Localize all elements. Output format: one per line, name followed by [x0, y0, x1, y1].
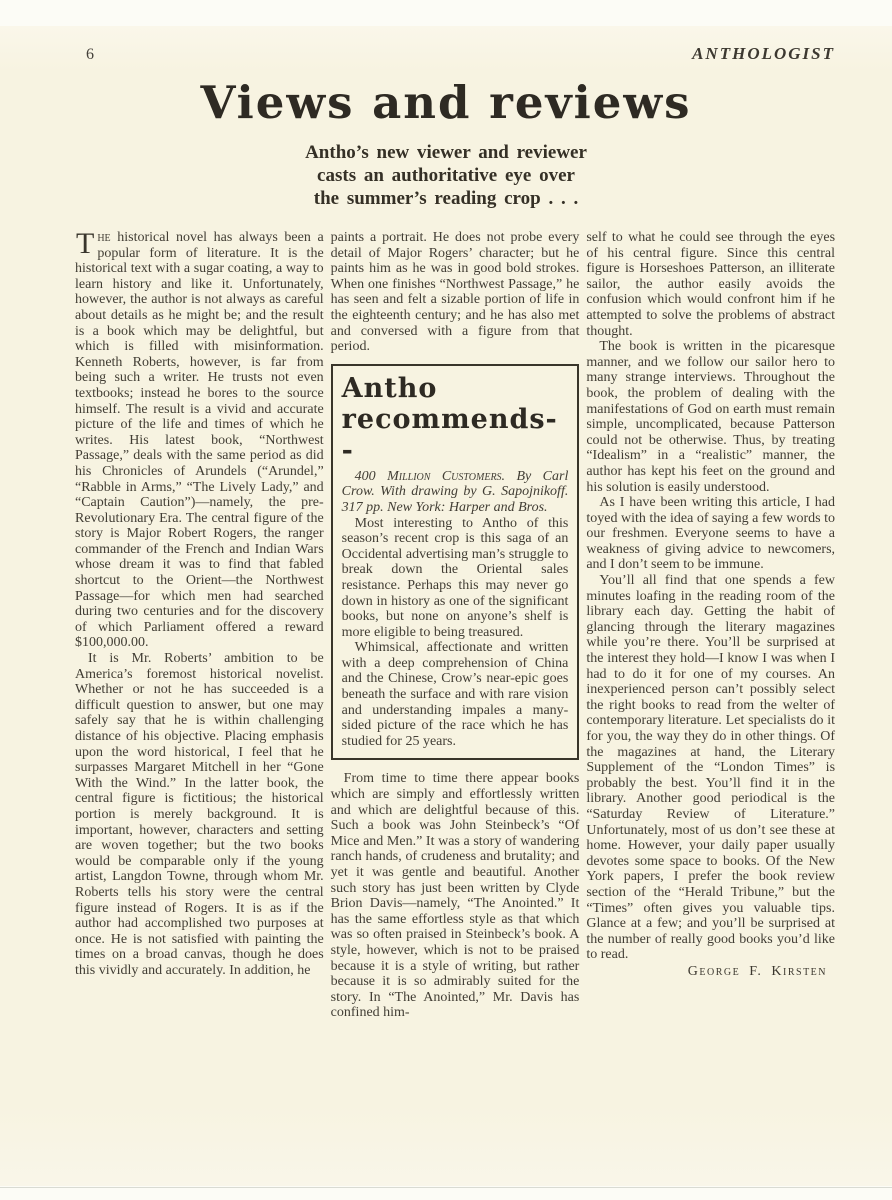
- paragraph: It is Mr. Roberts’ ambition to be Americ…: [75, 651, 324, 978]
- antho-recommends-box: Anthorecommends-- 400 Million Customers.…: [331, 364, 580, 761]
- page-number: 6: [86, 46, 94, 64]
- book-citation: 400 Million Customers. By Carl Crow. Wit…: [342, 469, 569, 516]
- article-title: Views and reviews: [0, 78, 892, 128]
- magazine-page-scan: 6 ANTHOLOGIST Views and reviews Antho’s …: [0, 0, 892, 1200]
- box-heading: Anthorecommends--: [342, 373, 569, 466]
- paragraph: Whimsical, affectionate and written with…: [342, 640, 569, 749]
- paragraph: You’ll all find that one spends a few mi…: [586, 573, 835, 963]
- column-3: self to what he could see through the ey…: [586, 230, 835, 1021]
- book-citation-title: 400 Million Customers.: [355, 469, 505, 484]
- paragraph: The historical novel has always been a p…: [75, 230, 324, 651]
- paragraph: Most interesting to Antho of this season…: [342, 516, 569, 641]
- masthead-title: ANTHOLOGIST: [692, 44, 835, 64]
- subtitle-line: casts an authoritative eye over: [0, 164, 892, 187]
- scan-edge-line: [0, 1187, 892, 1188]
- paragraph: paints a portrait. He does not probe eve…: [331, 230, 580, 355]
- paragraph: As I have been writing this article, I h…: [586, 495, 835, 573]
- column-2: paints a portrait. He does not probe eve…: [331, 230, 580, 1021]
- subtitle-line: the summer’s reading crop . . .: [0, 187, 892, 210]
- article-subtitle: Antho’s new viewer and reviewer casts an…: [0, 141, 892, 210]
- page-header: 6 ANTHOLOGIST: [0, 26, 892, 64]
- paragraph-text: historical novel has always been a popul…: [75, 230, 324, 650]
- paragraph: From time to time there appear books whi…: [331, 771, 580, 1021]
- lead-small-caps: he: [97, 230, 110, 245]
- drop-cap-initial: T: [75, 230, 97, 257]
- paragraph: The book is written in the picaresque ma…: [586, 339, 835, 495]
- box-heading-line: Antho: [342, 373, 438, 404]
- magazine-sheet: 6 ANTHOLOGIST Views and reviews Antho’s …: [0, 26, 892, 1186]
- subtitle-line: Antho’s new viewer and reviewer: [0, 141, 892, 164]
- column-1: The historical novel has always been a p…: [75, 230, 324, 1021]
- author-signature: George F. Kirsten: [586, 964, 835, 980]
- paragraph: self to what he could see through the ey…: [586, 230, 835, 339]
- article-body: The historical novel has always been a p…: [0, 210, 892, 1021]
- box-heading-line: recommends--: [342, 404, 558, 466]
